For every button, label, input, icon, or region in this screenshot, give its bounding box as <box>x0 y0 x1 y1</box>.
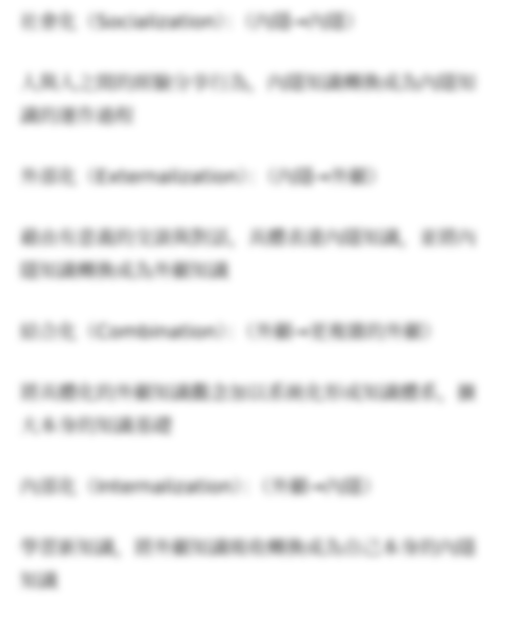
section-description-internalization: 學習新知識，將外顯知識吸收轉換成為自己本身的內隱知識 <box>20 532 492 598</box>
seci-term: 外部化 <box>20 166 77 188</box>
seci-english-label: （Externalization） <box>77 166 248 188</box>
section-heading-combination: 結合化（Combination）：（外顯→更複雜的外顯） <box>20 316 492 349</box>
section-description-socialization: 人與人之間的經驗分享行為，內隱知識轉換成為內隱知識的運作過程 <box>20 67 492 133</box>
seci-term: 結合化 <box>20 321 77 343</box>
section-heading-internalization: 內部化（Internalization）：（外顯→內隱） <box>20 471 492 504</box>
seci-english-label: （Internalization） <box>77 476 242 498</box>
seci-term: 內部化 <box>20 476 77 498</box>
section-description-externalization: 藉由有意義的交談與對話，具體表達內隱知識，並將內隱知識轉換成為外顯知識 <box>20 222 492 288</box>
section-heading-socialization: 社會化（Socialization）：（內隱→內隱） <box>20 6 492 39</box>
document-page: 社會化（Socialization）：（內隱→內隱） 人與人之間的經驗分享行為，… <box>0 0 518 640</box>
seci-english-label: （Socialization） <box>77 11 225 33</box>
section-heading-externalization: 外部化（Externalization）：（內隱→外顯） <box>20 161 492 194</box>
conversion-path: ：（外顯→更複雜的外顯） <box>226 321 441 343</box>
conversion-path: ：（外顯→內隱） <box>242 476 381 498</box>
seci-english-label: （Combination） <box>77 321 226 343</box>
section-description-combination: 將具體化的外顯知識觀念加以系統化形成知識體系，擴大本身的知識基礎 <box>20 377 492 443</box>
seci-term: 社會化 <box>20 11 77 33</box>
conversion-path: ：（內隱→內隱） <box>225 11 364 33</box>
conversion-path: ：（內隱→外顯） <box>248 166 387 188</box>
